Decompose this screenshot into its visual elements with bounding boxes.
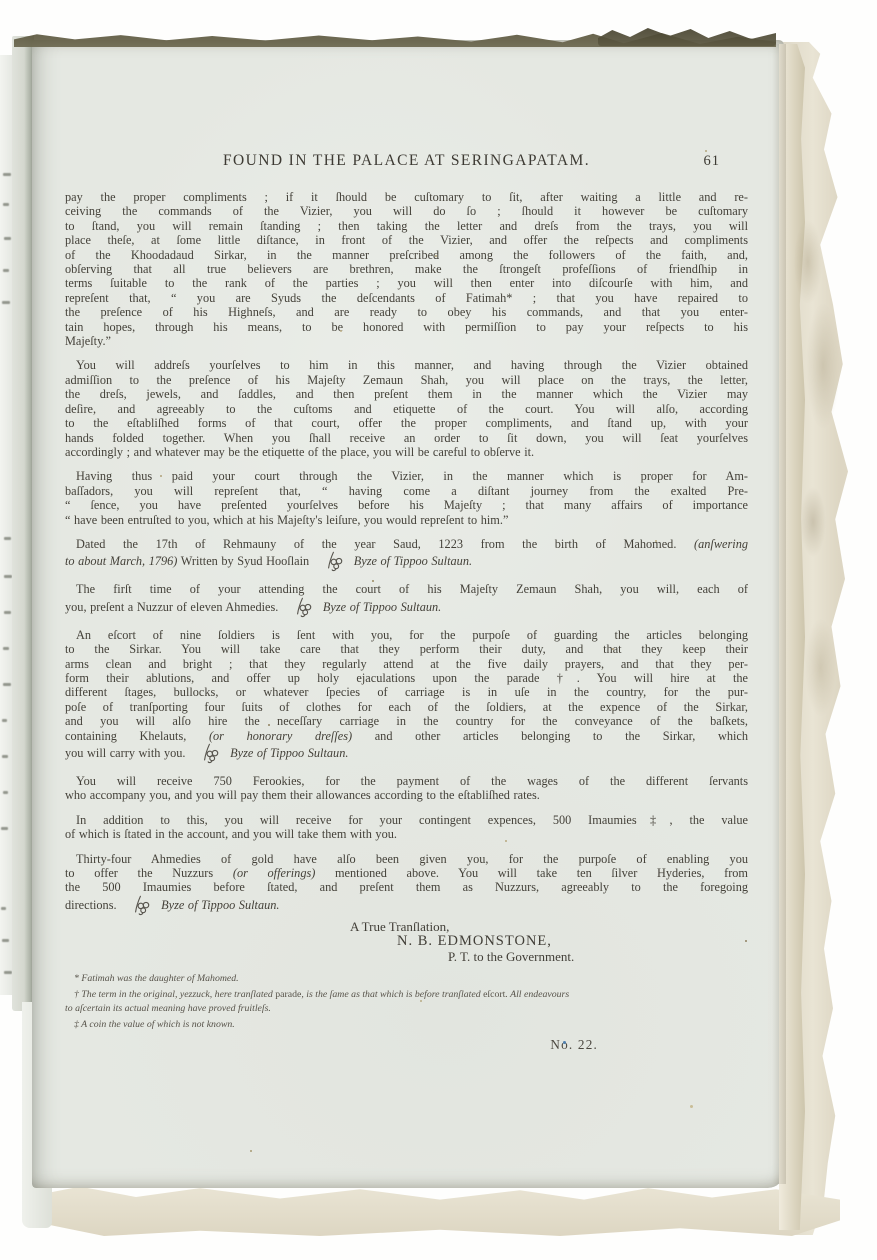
mirrored-text-remnant — [2, 939, 9, 942]
mirrored-text-remnant — [3, 647, 9, 650]
text-line: to offer the Nuzzurs (or offerings) ment… — [65, 866, 748, 880]
emphasis-text: Byze of Tippoo Sultaun. — [354, 554, 472, 568]
text-line: baſſadors, you will repreſent that, “ ha… — [65, 484, 748, 498]
signature-block: A True Tranſlation, N. B. EDMONSTONE, P.… — [65, 919, 748, 964]
signature-line-name: N. B. EDMONSTONE, — [397, 934, 748, 949]
page-edge-shadow — [772, 44, 786, 1184]
text-line: The firſt time of your attending the cou… — [65, 582, 748, 596]
mirrored-text-remnant — [1, 907, 6, 910]
text-line: the 500 Imaumies before ſtated, and preſ… — [65, 880, 748, 894]
footnote: ‡ A coin the value of which is not known… — [65, 1019, 748, 1033]
text-line: who accompany you, and you will pay them… — [65, 788, 748, 802]
paragraph: pay the proper compliments ; if it ſhoul… — [65, 190, 748, 348]
mirrored-text-remnant — [3, 791, 8, 794]
text-line: of which is ſtated in the account, and y… — [65, 827, 748, 841]
text-line: An eſcort of nine ſoldiers is ſent with … — [65, 628, 748, 642]
text-line: You will addreſs yourſelves to him in th… — [65, 358, 748, 372]
page-title: FOUND IN THE PALACE AT SERINGAPATAM. — [223, 152, 590, 169]
foxing-speck — [705, 150, 707, 152]
text-line: † The term in the original, yezzuck, her… — [65, 989, 748, 1003]
signature-line-translation: A True Tranſlation, — [350, 919, 748, 934]
emphasis-text: (or honorary dreſſes) — [209, 729, 352, 743]
text-line: accordingly ; and whatever may be the et… — [65, 445, 748, 459]
text-line: different ſtages, bullocks, or whatever … — [65, 685, 748, 699]
text-line: containing Khelauts, (or honorary dreſſe… — [65, 729, 748, 743]
emphasis-text: Byze of Tippoo Sultaun. — [161, 898, 279, 912]
emphasis-text: (or offerings) — [233, 866, 316, 880]
emphasis-text: to about March, 1796) — [65, 554, 177, 568]
text-line: * Fatimah was the daughter of Mahomed. — [65, 973, 748, 987]
running-header: FOUND IN THE PALACE AT SERINGAPATAM. 61 — [65, 152, 748, 170]
byze-seal-icon — [199, 743, 223, 764]
text-line: of the Khoodadaud Sirkar, in the manner … — [65, 248, 748, 262]
paragraph: Having thus paid your court through the … — [65, 469, 748, 527]
foxing-speck — [340, 330, 342, 332]
text-line: the preſence of his Highneſs, and are re… — [65, 305, 748, 319]
text-line: to the Sirkar. You will take care that t… — [65, 642, 748, 656]
text-line: form their ablutions, and offer up holy … — [65, 671, 748, 685]
emphasis-text: eſcort — [483, 989, 505, 1000]
text-line: In addition to this, you will receive fo… — [65, 813, 748, 827]
foxing-speck — [435, 255, 437, 257]
text-line: “ ſence, you have preſented yourſelves b… — [65, 498, 748, 512]
foxing-speck — [268, 724, 270, 726]
foxing-speck — [160, 475, 162, 477]
paragraph: You will addreſs yourſelves to him in th… — [65, 358, 748, 459]
text-line: Dated the 17th of Rehmauny of the year S… — [65, 537, 748, 551]
foxing-speck — [690, 1105, 693, 1108]
text-line: you, preſent a Nuzzur of eleven Ahmedies… — [65, 597, 748, 618]
text-line: “ have been entruſted to you, which at h… — [65, 513, 748, 527]
foxing-speck — [612, 648, 614, 650]
text-line: you will carry with you. Byze of Tippoo … — [65, 743, 748, 764]
text-line: repreſent that, “ you are Syuds the deſc… — [65, 291, 748, 305]
text-line: and you will alſo hire the neceſſary car… — [65, 714, 748, 728]
text-line: the dreſs, jewels, and ſaddles, and then… — [65, 387, 748, 401]
signature-line-title: P. T. to the Government. — [448, 949, 748, 964]
paragraph: Thirty-four Ahmedies of gold have alſo b… — [65, 852, 748, 916]
mirrored-text-remnant — [4, 611, 11, 614]
paragraph: The firſt time of your attending the cou… — [65, 582, 748, 617]
foxing-speck — [563, 1041, 566, 1044]
mirrored-text-remnant — [3, 203, 9, 206]
foxing-speck — [745, 940, 747, 942]
text-line: obſerving that all true believers are br… — [65, 262, 748, 276]
text-line: arms clean and bright ; that they regula… — [65, 657, 748, 671]
emphasis-text: (anſwering — [694, 537, 748, 551]
page-number: 61 — [704, 153, 721, 170]
mirrored-text-remnant — [2, 719, 7, 722]
byze-seal-icon — [130, 895, 154, 916]
foxing-speck — [250, 1150, 252, 1152]
book-page: FOUND IN THE PALACE AT SERINGAPATAM. 61 … — [32, 40, 784, 1188]
text-line: place theſe, at ſome little diſtance, in… — [65, 233, 748, 247]
mirrored-text-remnant — [4, 237, 11, 240]
text-line: directions. Byze of Tippoo Sultaun. — [65, 895, 748, 916]
catch-number: No. 22. — [65, 1037, 748, 1053]
mirrored-text-remnant — [3, 269, 9, 272]
foxing-speck — [505, 840, 507, 842]
text-line: admiſſion to the preſence of his Majeſty… — [65, 373, 748, 387]
facing-page-edge — [12, 36, 34, 1011]
mirrored-text-remnant — [4, 971, 12, 974]
foxing-speck — [372, 580, 374, 582]
mirrored-text-remnant — [4, 537, 11, 540]
book-photo: FOUND IN THE PALACE AT SERINGAPATAM. 61 … — [0, 0, 877, 1260]
footnote: * Fatimah was the daughter of Mahomed. — [65, 973, 748, 987]
mirrored-text-remnant — [2, 755, 8, 758]
emphasis-text: parade — [275, 989, 301, 1000]
foxing-speck — [655, 540, 657, 542]
byze-seal-icon — [292, 597, 316, 618]
right-edge-stains — [793, 210, 843, 730]
text-line: poſe of tranſporting four ſuits of cloth… — [65, 700, 748, 714]
byze-seal-icon — [323, 551, 347, 572]
mirrored-text-remnant — [1, 827, 8, 830]
page-content: FOUND IN THE PALACE AT SERINGAPATAM. 61 … — [65, 152, 748, 1053]
torn-top-edge-fragment — [598, 26, 776, 46]
text-line: pay the proper compliments ; if it ſhoul… — [65, 190, 748, 204]
body-text: pay the proper compliments ; if it ſhoul… — [65, 190, 748, 916]
paragraph: Dated the 17th of Rehmauny of the year S… — [65, 537, 748, 572]
foxing-speck — [420, 1000, 422, 1002]
mirrored-text-remnant — [3, 683, 11, 686]
text-line: tain hopes, through his means, to be hon… — [65, 320, 748, 334]
text-line: terms ſuitable to the rank of the partie… — [65, 276, 748, 290]
text-line: You will receive 750 Ferookies, for the … — [65, 774, 748, 788]
mirrored-text-remnant — [3, 173, 11, 176]
paragraph: In addition to this, you will receive fo… — [65, 813, 748, 842]
text-line: to ſtand, you will remain ſtanding ; the… — [65, 219, 748, 233]
footnotes: * Fatimah was the daughter of Mahomed.† … — [65, 973, 748, 1034]
bottom-page-edges — [40, 1184, 840, 1236]
text-line: Thirty-four Ahmedies of gold have alſo b… — [65, 852, 748, 866]
text-line: Having thus paid your court through the … — [65, 469, 748, 483]
text-line: Majeſty.” — [65, 334, 748, 348]
paragraph: An eſcort of nine ſoldiers is ſent with … — [65, 628, 748, 764]
footnote: † The term in the original, yezzuck, her… — [65, 989, 748, 1018]
text-line: ‡ A coin the value of which is not known… — [65, 1019, 748, 1033]
mirrored-text-remnant — [4, 575, 12, 578]
text-line: ceiving the commands of the Vizier, you … — [65, 204, 748, 218]
emphasis-text: Byze of Tippoo Sultaun. — [323, 600, 441, 614]
mirrored-text-remnant — [2, 301, 10, 304]
emphasis-text: Byze of Tippoo Sultaun. — [230, 746, 348, 760]
text-line: to the eſtabliſhed forms of that court, … — [65, 416, 748, 430]
text-line: hands folded together. When you ſhall re… — [65, 431, 748, 445]
paragraph: You will receive 750 Ferookies, for the … — [65, 774, 748, 803]
text-line: deſire, and agreeably to the cuſtoms and… — [65, 402, 748, 416]
text-line: to aſcertain its actual meaning have pro… — [65, 1003, 748, 1017]
text-line: to about March, 1796) Written by Syud Ho… — [65, 551, 748, 572]
